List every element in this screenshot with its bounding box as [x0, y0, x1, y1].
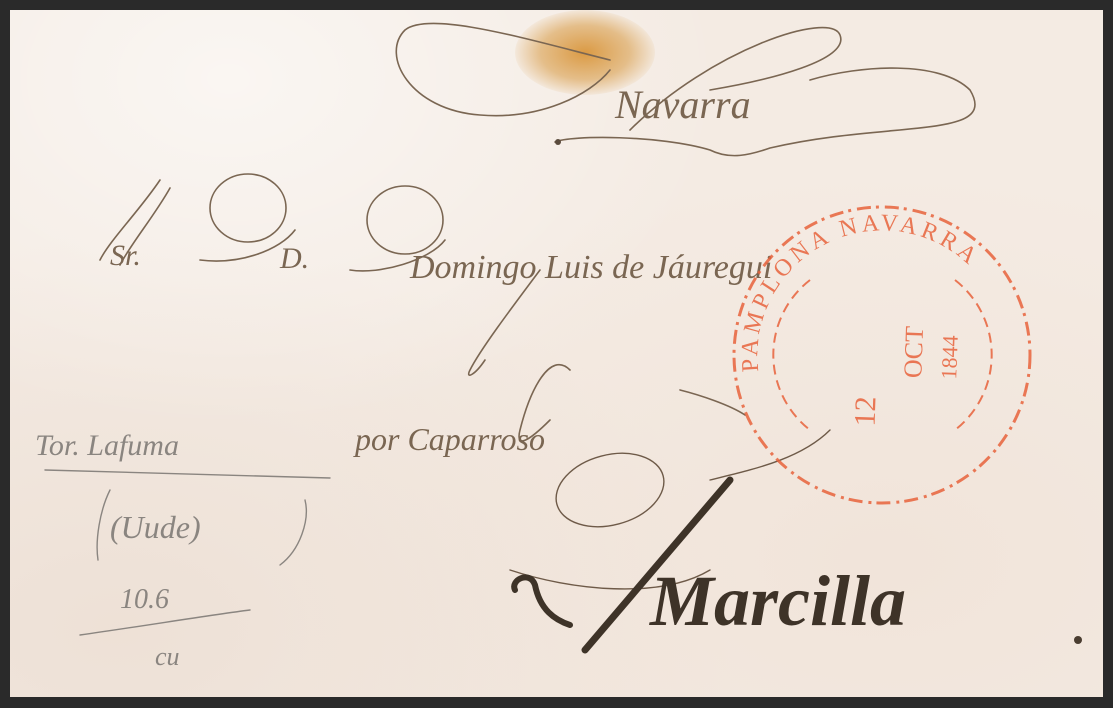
- province-text: Navarra: [614, 82, 751, 127]
- via-line: por Caparroso: [353, 421, 545, 457]
- pencil-note-4: cu: [155, 642, 180, 671]
- letter-cover: Navarra Sr. D. Domingo Luis de Jáuregui …: [10, 10, 1103, 697]
- pencil-note-2: (Uude): [110, 509, 201, 545]
- postmark-month: OCT: [898, 325, 929, 378]
- postmark-year: 1844: [936, 335, 963, 380]
- salutation-sr: Sr.: [110, 239, 141, 272]
- destination-town: Marcilla: [649, 561, 906, 641]
- postmark: PAMPLONA NAVARRA 12 OCT 1844: [734, 207, 1030, 503]
- handwriting-layer: Navarra Sr. D. Domingo Luis de Jáuregui …: [10, 10, 1103, 697]
- pencil-note-1: Tor. Lafuma: [35, 429, 179, 462]
- salutation-d: D.: [279, 242, 309, 275]
- salutation-strokes: [100, 174, 445, 271]
- recipient-name: Domingo Luis de Jáuregui: [409, 249, 772, 286]
- pencil-note-3: 10.6: [120, 584, 169, 615]
- via-strokes: [469, 270, 745, 441]
- pencil-lines: [45, 470, 330, 635]
- postmark-day: 12: [849, 396, 883, 427]
